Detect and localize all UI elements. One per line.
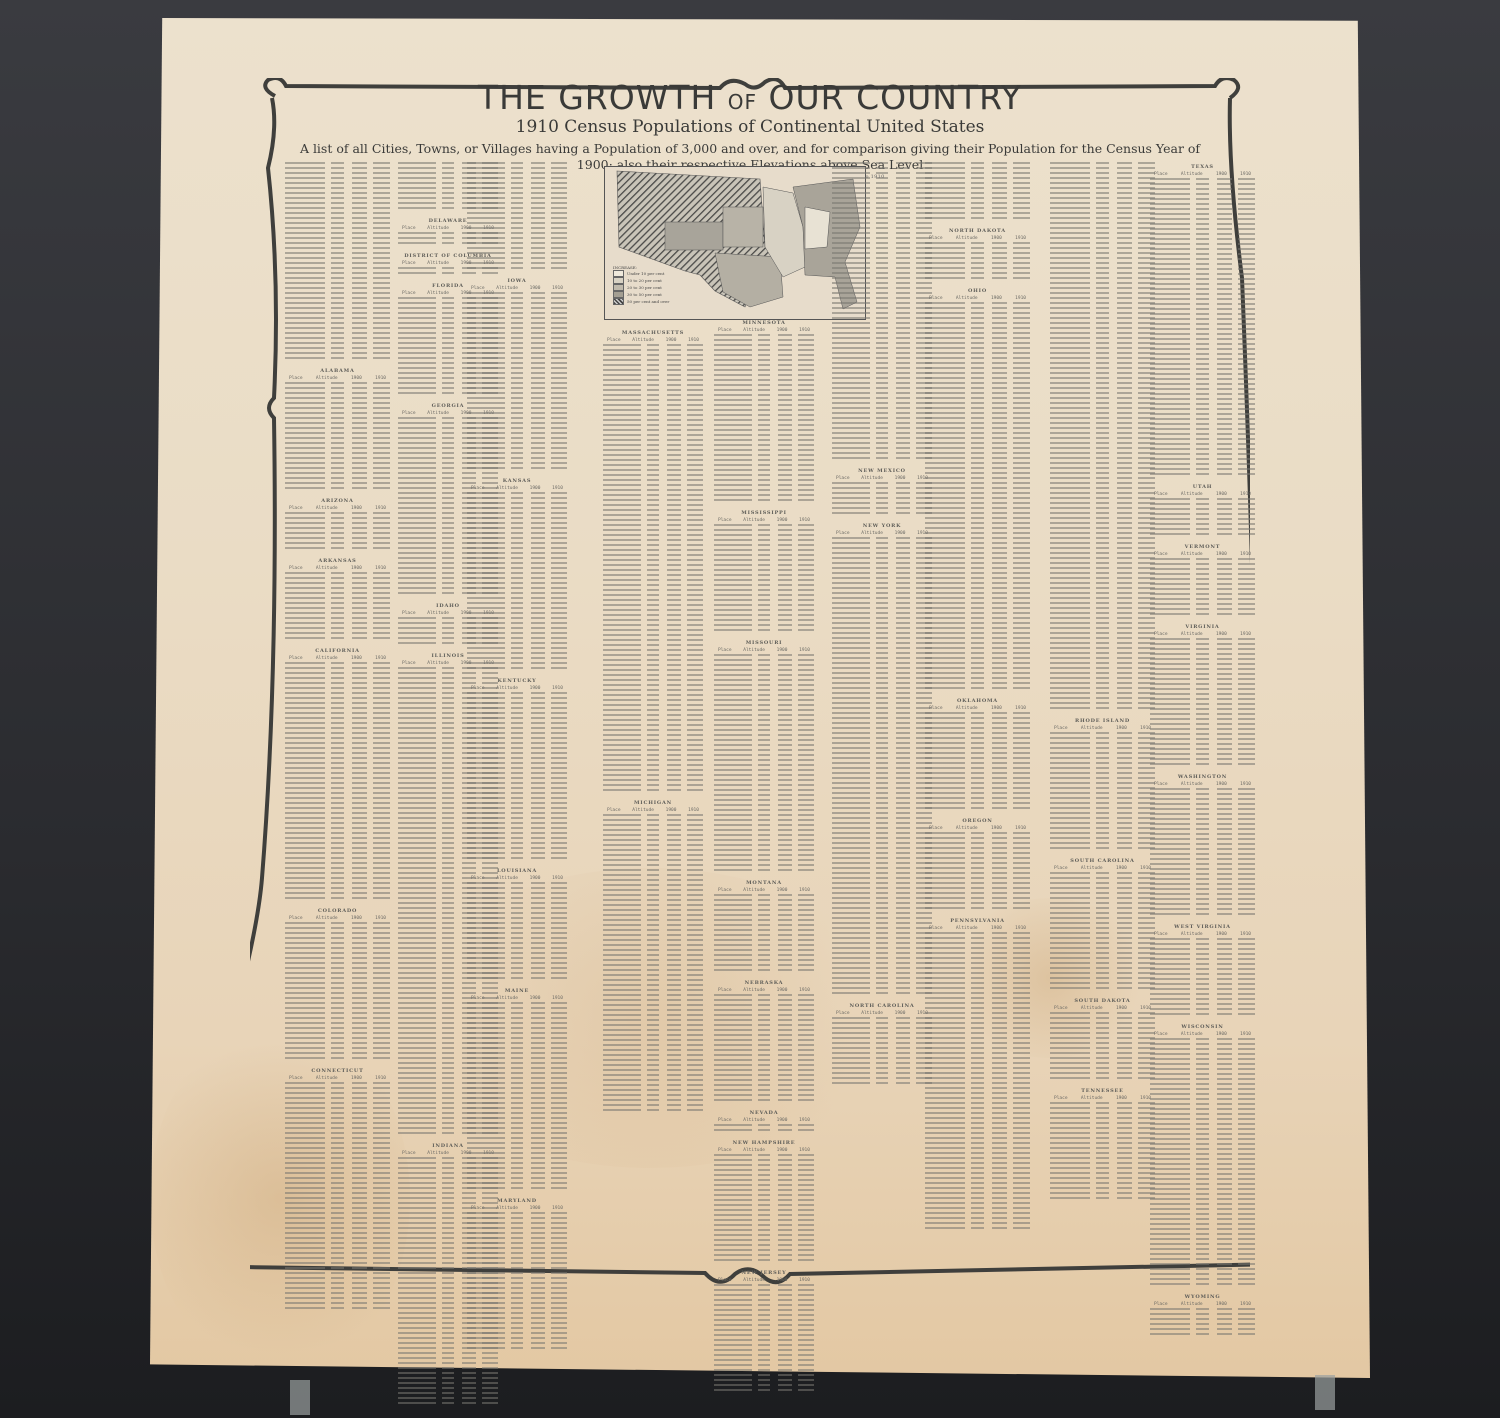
state-heading: VERMONT [1150,544,1255,550]
table-column-header: PlaceAltitude19001910 [1150,1302,1255,1307]
table-rows [1050,1102,1155,1202]
state-section: CONNECTICUTPlaceAltitude19001910 [285,1068,390,1312]
table-column-header: PlaceAltitude19001910 [467,686,567,691]
table-rows [467,882,567,982]
table-rows [603,344,703,794]
state-section: TEXASPlaceAltitude19001910 [1150,164,1255,478]
state-section: KANSASPlaceAltitude19001910 [467,478,567,672]
state-heading: SOUTH CAROLINA [1050,858,1155,864]
table-rows [285,922,390,1062]
census-column: ALABAMAPlaceAltitude19001910ARIZONAPlace… [285,162,390,1318]
state-section [1050,162,1155,712]
table-column-header: PlaceAltitude19001910 [714,888,814,893]
table-rows [714,334,814,504]
binder-clip [1315,1375,1335,1410]
table-rows [467,692,567,862]
state-section: KENTUCKYPlaceAltitude19001910 [467,678,567,862]
binder-clip [290,1380,310,1415]
legend-item: 50 per cent and over [613,298,709,305]
state-heading: MONTANA [714,880,814,886]
state-heading: WEST VIRGINIA [1150,924,1255,930]
table-rows [603,814,703,1114]
table-rows [285,572,390,642]
table-rows [925,302,1030,692]
state-section: SOUTH DAKOTAPlaceAltitude19001910 [1050,998,1155,1082]
state-heading: NEVADA [714,1110,814,1116]
state-heading: NEBRASKA [714,980,814,986]
state-heading: OHIO [925,288,1030,294]
table-rows [714,1124,814,1134]
table-column-header: PlaceAltitude19001910 [1150,552,1255,557]
state-heading: MAINE [467,988,567,994]
state-section: MONTANAPlaceAltitude19001910 [714,880,814,974]
table-rows [925,162,1030,222]
legend-item: 30 to 50 per cent [613,291,709,298]
table-rows [285,662,390,902]
state-section: CALIFORNIAPlaceAltitude19001910 [285,648,390,902]
table-column-header: PlaceAltitude19001910 [603,808,703,813]
table-rows [832,537,932,997]
table-column-header: PlaceAltitude19001910 [467,996,567,1001]
state-section: WYOMINGPlaceAltitude19001910 [1150,1294,1255,1338]
state-section: ALABAMAPlaceAltitude19001910 [285,368,390,492]
state-heading: MISSISSIPPI [714,510,814,516]
table-column-header: PlaceAltitude19001910 [832,1011,932,1016]
table-column-header: PlaceAltitude19001910 [925,236,1030,241]
state-section: MASSACHUSETTSPlaceAltitude19001910 [603,330,703,794]
table-column-header: PlaceAltitude19001910 [832,476,932,481]
table-column-header: PlaceAltitude19001910 [714,988,814,993]
state-heading: WISCONSIN [1150,1024,1255,1030]
table-rows [925,242,1030,282]
state-heading: MARYLAND [467,1198,567,1204]
census-column: NEW MEXICOPlaceAltitude19001910NEW YORKP… [832,162,932,1093]
table-rows [467,492,567,672]
state-section: PENNSYLVANIAPlaceAltitude19001910 [925,918,1030,1232]
table-column-header: PlaceAltitude19001910 [925,706,1030,711]
table-rows [714,1154,814,1264]
state-section: OHIOPlaceAltitude19001910 [925,288,1030,692]
table-rows [925,712,1030,812]
poster-subtitle: 1910 Census Populations of Continental U… [280,117,1220,137]
census-column: NORTH DAKOTAPlaceAltitude19001910OHIOPla… [925,162,1030,1238]
state-heading: ARIZONA [285,498,390,504]
table-rows [832,482,932,517]
state-section: UTAHPlaceAltitude19001910 [1150,484,1255,538]
state-section: NEW YORKPlaceAltitude19001910 [832,523,932,997]
table-column-header: PlaceAltitude19001910 [714,518,814,523]
state-section: NEW MEXICOPlaceAltitude19001910 [832,468,932,517]
state-section [467,162,567,272]
state-section: NORTH CAROLINAPlaceAltitude19001910 [832,1003,932,1087]
state-section: ARKANSASPlaceAltitude19001910 [285,558,390,642]
table-rows [714,894,814,974]
census-column: MASSACHUSETTSPlaceAltitude19001910MICHIG… [603,328,703,1120]
state-section: WASHINGTONPlaceAltitude19001910 [1150,774,1255,918]
state-section: TENNESSEEPlaceAltitude19001910 [1050,1088,1155,1202]
table-column-header: PlaceAltitude19001910 [832,531,932,536]
table-rows [1050,732,1155,852]
state-section [832,162,932,462]
table-column-header: PlaceAltitude19001910 [285,566,390,571]
table-column-header: PlaceAltitude19001910 [467,876,567,881]
state-heading: MINNESOTA [714,320,814,326]
table-column-header: PlaceAltitude19001910 [1050,1096,1155,1101]
table-column-header: PlaceAltitude19001910 [714,328,814,333]
table-column-header: PlaceAltitude19001910 [714,1118,814,1123]
state-section: SOUTH CAROLINAPlaceAltitude19001910 [1050,858,1155,992]
table-rows [1150,558,1255,618]
table-rows [467,1002,567,1192]
table-rows [714,524,814,634]
table-rows [832,1017,932,1087]
table-column-header: PlaceAltitude19001910 [925,826,1030,831]
state-heading: WASHINGTON [1150,774,1255,780]
table-rows [1150,178,1255,478]
table-column-header: PlaceAltitude19001910 [1150,172,1255,177]
table-column-header: PlaceAltitude19001910 [714,648,814,653]
state-section: NEBRASKAPlaceAltitude19001910 [714,980,814,1104]
state-section: MAINEPlaceAltitude19001910 [467,988,567,1192]
state-heading: IOWA [467,278,567,284]
table-rows [285,162,390,362]
census-column: RHODE ISLANDPlaceAltitude19001910SOUTH C… [1050,162,1155,1208]
state-heading: RHODE ISLAND [1050,718,1155,724]
state-heading: KENTUCKY [467,678,567,684]
table-rows [285,1082,390,1312]
table-rows [285,382,390,492]
state-heading: NORTH CAROLINA [832,1003,932,1009]
table-column-header: PlaceAltitude19001910 [1050,726,1155,731]
state-heading: LOUISIANA [467,868,567,874]
state-heading: UTAH [1150,484,1255,490]
table-rows [1050,872,1155,992]
table-column-header: PlaceAltitude19001910 [285,656,390,661]
state-section: MISSISSIPPIPlaceAltitude19001910 [714,510,814,634]
table-column-header: PlaceAltitude19001910 [1050,866,1155,871]
table-column-header: PlaceAltitude19001910 [467,486,567,491]
table-rows [1150,638,1255,768]
state-heading: COLORADO [285,908,390,914]
poster-title: THE GROWTH OF OUR COUNTRY [280,78,1220,117]
state-heading: NEW MEXICO [832,468,932,474]
table-column-header: PlaceAltitude19001910 [467,286,567,291]
table-rows [1150,938,1255,1018]
state-heading: VIRGINIA [1150,624,1255,630]
state-heading: NEW YORK [832,523,932,529]
table-rows [1150,1038,1255,1288]
state-section: MICHIGANPlaceAltitude19001910 [603,800,703,1114]
state-section: NEW HAMPSHIREPlaceAltitude19001910 [714,1140,814,1264]
state-section: ARIZONAPlaceAltitude19001910 [285,498,390,552]
table-rows [1150,1308,1255,1338]
table-rows [925,832,1030,912]
state-section: RHODE ISLANDPlaceAltitude19001910 [1050,718,1155,852]
table-column-header: PlaceAltitude19001910 [1150,1032,1255,1037]
state-heading: CONNECTICUT [285,1068,390,1074]
table-column-header: PlaceAltitude19001910 [925,926,1030,931]
table-rows [1150,498,1255,538]
state-section: VERMONTPlaceAltitude19001910 [1150,544,1255,618]
table-column-header: PlaceAltitude19001910 [1150,782,1255,787]
state-heading: MASSACHUSETTS [603,330,703,336]
table-column-header: PlaceAltitude19001910 [1150,932,1255,937]
table-column-header: PlaceAltitude19001910 [925,296,1030,301]
us-population-increase-map: INCREASE: Under 10 per cent 10 to 20 per… [604,166,866,320]
state-section: NEW JERSEYPlaceAltitude19001910 [714,1270,814,1394]
state-section: MINNESOTAPlaceAltitude19001910 [714,320,814,504]
state-heading: TENNESSEE [1050,1088,1155,1094]
state-heading: PENNSYLVANIA [925,918,1030,924]
state-section: MARYLANDPlaceAltitude19001910 [467,1198,567,1352]
state-section: LOUISIANAPlaceAltitude19001910 [467,868,567,982]
table-rows [467,162,567,272]
state-heading: ARKANSAS [285,558,390,564]
table-rows [285,512,390,552]
table-column-header: PlaceAltitude19001910 [467,1206,567,1211]
table-column-header: PlaceAltitude19001910 [285,916,390,921]
table-column-header: PlaceAltitude19001910 [714,1278,814,1283]
table-column-header: PlaceAltitude19001910 [1150,492,1255,497]
legend-item: 20 to 30 per cent [613,284,709,291]
table-rows [467,292,567,472]
table-column-header: PlaceAltitude19001910 [285,506,390,511]
state-section: COLORADOPlaceAltitude19001910 [285,908,390,1062]
legend-item: 10 to 20 per cent [613,277,709,284]
state-heading: NORTH DAKOTA [925,228,1030,234]
table-rows [1150,788,1255,918]
state-section: NEVADAPlaceAltitude19001910 [714,1110,814,1134]
state-section: MISSOURIPlaceAltitude19001910 [714,640,814,874]
census-column: IOWAPlaceAltitude19001910KANSASPlaceAlti… [467,162,567,1358]
table-rows [925,932,1030,1232]
state-section: OREGONPlaceAltitude19001910 [925,818,1030,912]
table-rows [714,654,814,874]
table-column-header: PlaceAltitude19001910 [285,376,390,381]
state-heading: WYOMING [1150,1294,1255,1300]
map-legend: INCREASE: Under 10 per cent 10 to 20 per… [613,265,709,305]
state-heading: NEW HAMPSHIRE [714,1140,814,1146]
state-heading: ALABAMA [285,368,390,374]
table-column-header: PlaceAltitude19001910 [1150,632,1255,637]
state-heading: NEW JERSEY [714,1270,814,1276]
table-rows [832,162,932,462]
state-heading: TEXAS [1150,164,1255,170]
state-section [925,162,1030,222]
state-section: WEST VIRGINIAPlaceAltitude19001910 [1150,924,1255,1018]
state-section: VIRGINIAPlaceAltitude19001910 [1150,624,1255,768]
table-rows [714,994,814,1104]
state-section: IOWAPlaceAltitude19001910 [467,278,567,472]
state-heading: MISSOURI [714,640,814,646]
census-column: MINNESOTAPlaceAltitude19001910MISSISSIPP… [714,318,814,1400]
state-section: NORTH DAKOTAPlaceAltitude19001910 [925,228,1030,282]
table-rows [1050,1012,1155,1082]
state-heading: OREGON [925,818,1030,824]
census-column: TEXASPlaceAltitude19001910UTAHPlaceAltit… [1150,162,1255,1344]
table-column-header: PlaceAltitude19001910 [714,1148,814,1153]
table-rows [714,1284,814,1394]
state-heading: KANSAS [467,478,567,484]
state-heading: MICHIGAN [603,800,703,806]
state-section: OKLAHOMAPlaceAltitude19001910 [925,698,1030,812]
state-heading: OKLAHOMA [925,698,1030,704]
table-column-header: PlaceAltitude19001910 [603,338,703,343]
table-rows [1050,162,1155,712]
table-column-header: PlaceAltitude19001910 [285,1076,390,1081]
state-heading: SOUTH DAKOTA [1050,998,1155,1004]
state-section: WISCONSINPlaceAltitude19001910 [1150,1024,1255,1288]
state-section [285,162,390,362]
table-rows [467,1212,567,1352]
state-heading: CALIFORNIA [285,648,390,654]
table-column-header: PlaceAltitude19001910 [1050,1006,1155,1011]
legend-item: Under 10 per cent [613,270,709,277]
